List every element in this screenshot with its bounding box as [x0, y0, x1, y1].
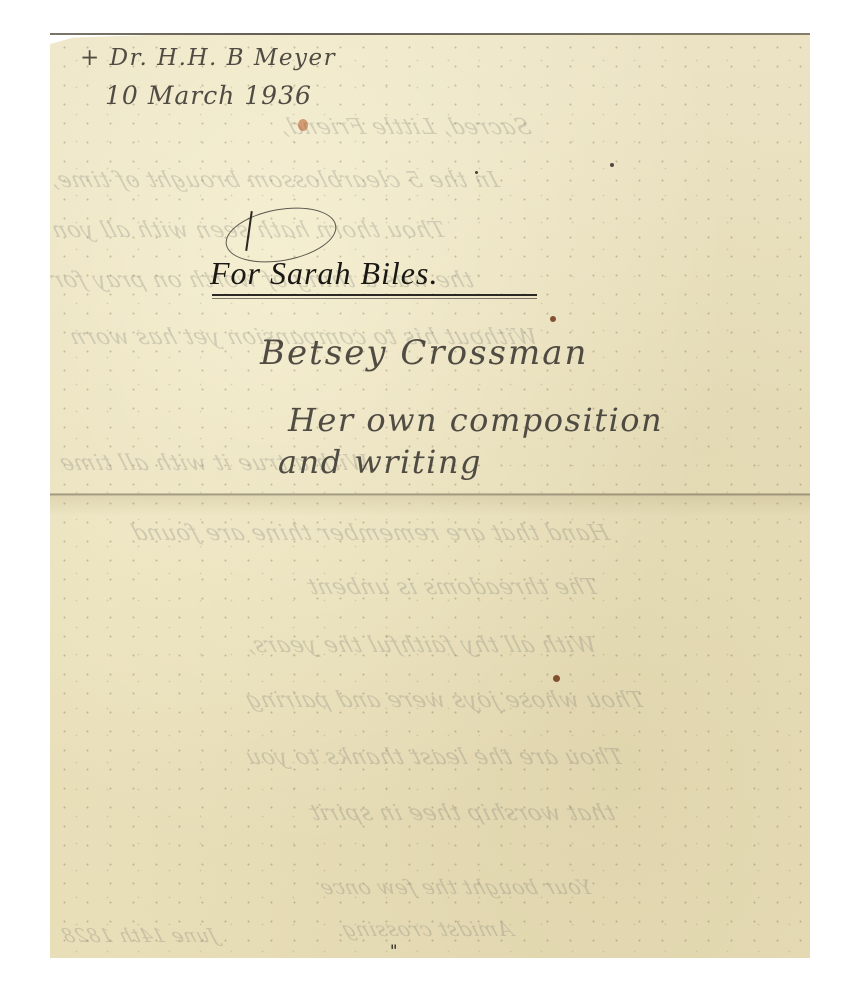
fold-shadow: [50, 496, 810, 516]
bleed-through-line: Your bought the few once: [316, 875, 596, 899]
title-underline: [212, 294, 537, 296]
ink-spot: [550, 316, 556, 322]
paper-top-edge: [50, 33, 810, 35]
bleed-through-line: In the 5 clearblossom brought of time,: [46, 168, 502, 193]
ink-spot: [553, 675, 560, 682]
cataloger-note-name: + Dr. H.H. B Meyer: [80, 45, 336, 71]
ink-spot: [475, 171, 478, 174]
bleed-through-line: With all thy faithful the years,: [242, 633, 600, 658]
attribution-line-1: Her own composition: [288, 401, 663, 439]
bleed-through-line: that worship thee in spirit: [306, 801, 619, 826]
cataloger-note-date: 10 March 1936: [105, 81, 312, 110]
bleed-through-line: The threadoms is unbent: [304, 575, 602, 600]
bleed-through-line: Thou are the least thanks to you: [242, 745, 627, 770]
title-underline-secondary: [212, 298, 537, 299]
bleed-through-line: Hand that are remember thine are found: [128, 521, 613, 546]
bleed-through-line: Sacred, Little Friend,: [276, 115, 535, 140]
author-name: Betsey Crossman: [260, 333, 588, 373]
bleed-through-line: June 14th 1828: [58, 925, 220, 947]
rust-stain: [298, 119, 308, 131]
ink-spot: [610, 163, 614, 167]
bleed-through-line: Amidst crossing.: [331, 917, 516, 941]
bleed-through-line: Thou whose joys were and pairing: [242, 688, 648, 713]
dedication-title: For Sarah Biles.: [210, 255, 438, 292]
manuscript-page: Sacred, Little Friend, In the 5 clearblo…: [50, 33, 810, 958]
ditto-mark: ": [390, 941, 397, 960]
attribution-line-2: and writing: [278, 443, 482, 481]
